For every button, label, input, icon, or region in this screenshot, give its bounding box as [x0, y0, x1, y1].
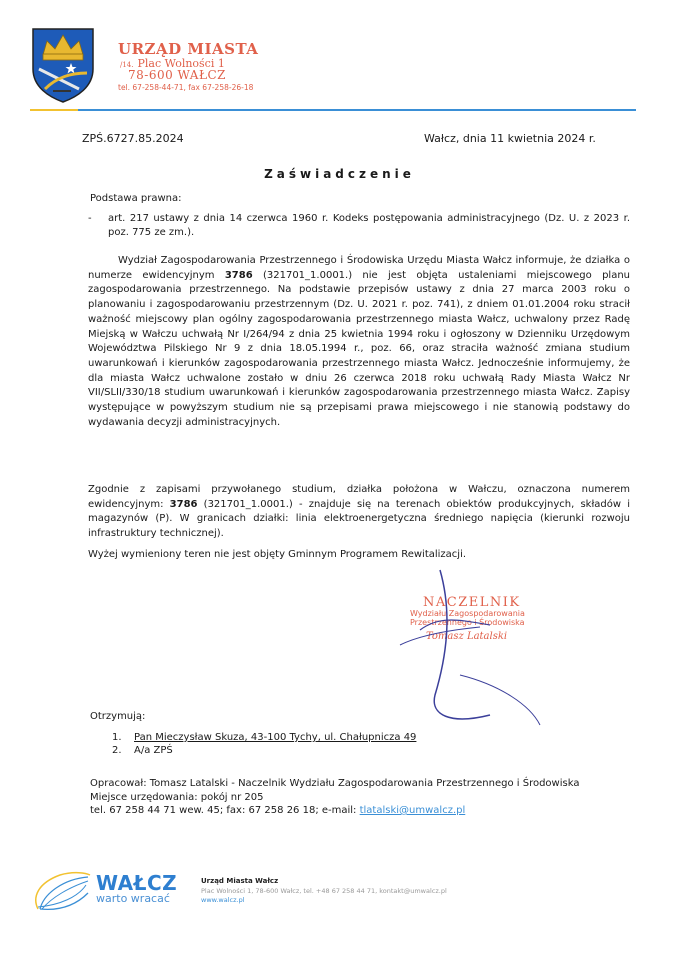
- header-divider-yellow: [30, 109, 78, 111]
- document-reference: ZPŚ.6727.85.2024: [82, 132, 184, 145]
- email-link[interactable]: tlatalski@umwalcz.pl: [360, 805, 466, 816]
- document-title: Zaświadczenie: [0, 167, 679, 181]
- brand-name: WAŁCZ: [96, 872, 177, 894]
- office-address: Plac Wolności 1, 78-600 Wałcz, tel. +48 …: [201, 887, 447, 895]
- handwritten-signature-icon: [380, 565, 580, 735]
- office-room-line: Miejsce urzędowania: pokój nr 205: [90, 791, 579, 805]
- office-header-stamp: URZĄD MIASTA /14.Plac Wolności 1 78-600 …: [118, 40, 258, 92]
- institution-name: URZĄD MIASTA: [118, 40, 258, 58]
- legal-basis-item: - art. 217 ustawy z dnia 14 czerwca 1960…: [88, 212, 630, 240]
- office-name: Urząd Miasta Wałcz: [201, 877, 447, 885]
- paragraph-main: Wydział Zagospodarowania Przestrzennego …: [88, 254, 630, 430]
- plot-number: 3786: [225, 270, 253, 281]
- contact-line: tel. 67 258 44 71 wew. 45; fax: 67 258 2…: [90, 804, 579, 818]
- brand-slogan: warto wracać: [96, 893, 177, 905]
- prepared-by-line: Opracował: Tomasz Latalski - Naczelnik W…: [90, 777, 579, 791]
- bullet-dash: -: [88, 212, 108, 240]
- postal-address: 78-600 WAŁCZ: [128, 68, 258, 82]
- legal-basis-label: Podstawa prawna:: [90, 193, 181, 204]
- place-date: Wałcz, dnia 11 kwietnia 2024 r.: [424, 132, 596, 145]
- website-link[interactable]: www.walcz.pl: [201, 896, 447, 904]
- phone-numbers: tel. 67-258-44-71, fax 67-258-26-18: [118, 83, 258, 92]
- coat-of-arms-icon: [31, 27, 95, 103]
- walcz-brand-logo-icon: [30, 869, 92, 913]
- letterhead: URZĄD MIASTA /14.Plac Wolności 1 78-600 …: [0, 0, 679, 110]
- list-item: 2. A/a ZPŚ: [112, 744, 416, 757]
- list-item: 1. Pan Mieczysław Skuza, 43-100 Tychy, u…: [112, 731, 416, 744]
- recipients-label: Otrzymują:: [90, 711, 145, 722]
- prepared-by-block: Opracował: Tomasz Latalski - Naczelnik W…: [90, 777, 579, 818]
- paragraph-study: Zgodnie z zapisami przywołanego studium,…: [88, 483, 630, 542]
- brand-wordmark: WAŁCZ warto wracać: [96, 872, 177, 905]
- paragraph-revitalization: Wyżej wymieniony teren nie jest objęty G…: [88, 548, 630, 563]
- plot-number: 3786: [170, 499, 198, 510]
- header-divider-blue: [78, 109, 636, 111]
- recipients-list: 1. Pan Mieczysław Skuza, 43-100 Tychy, u…: [112, 731, 416, 757]
- footer-office-info: Urząd Miasta Wałcz Plac Wolności 1, 78-6…: [201, 877, 447, 904]
